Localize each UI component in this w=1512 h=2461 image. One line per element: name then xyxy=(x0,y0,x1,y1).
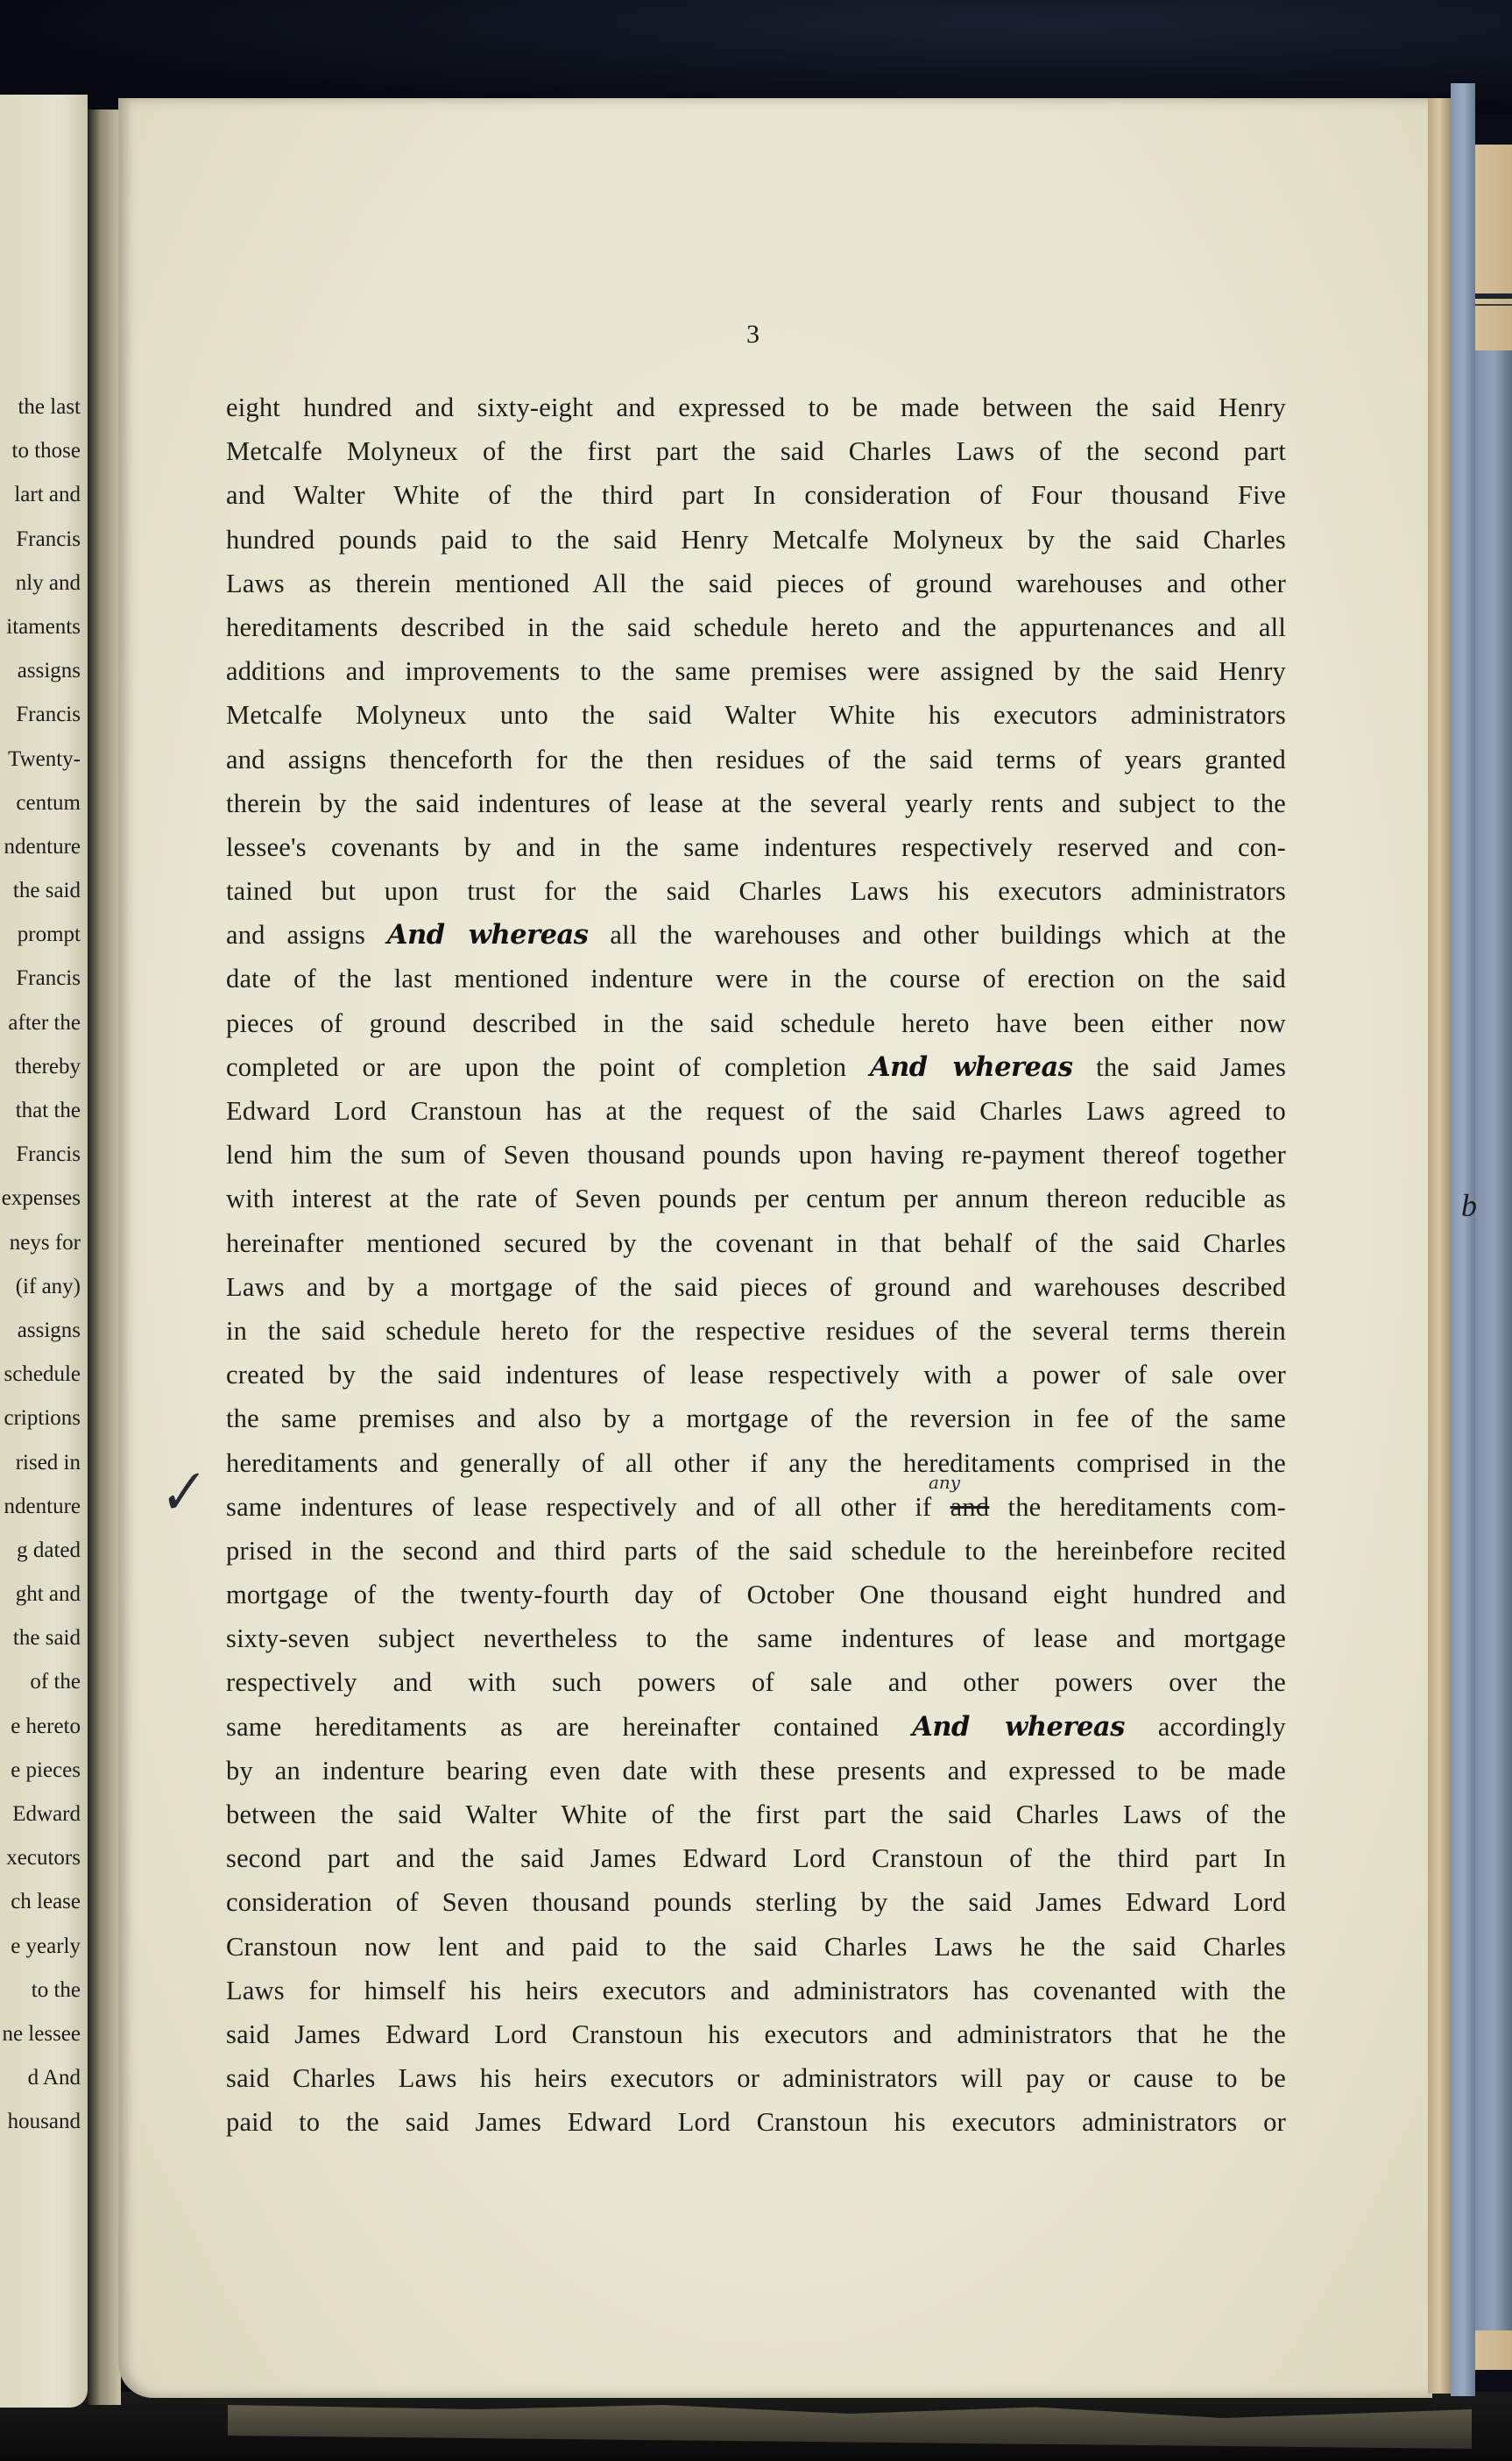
left-fragment: rised in xyxy=(0,1441,81,1485)
text-line: consideration of Seven thousand pounds s… xyxy=(226,1880,1286,1924)
left-fragment: that the xyxy=(0,1089,81,1133)
left-fragment: (if any) xyxy=(0,1265,81,1309)
blue-paper-edge-lower xyxy=(1475,350,1512,2330)
text-line: Edward Lord Cranstoun has at the request… xyxy=(226,1089,1286,1133)
text-line: Laws for himself his heirs executors and… xyxy=(226,1969,1286,2012)
text-segment: and assigns xyxy=(226,920,365,950)
left-fragment: Francis xyxy=(0,693,81,737)
left-fragment: e hereto xyxy=(0,1705,81,1749)
text-segment: the hereditaments com- xyxy=(1008,1492,1286,1522)
text-line: lend him the sum of Seven thousand pound… xyxy=(226,1133,1286,1177)
margin-pencil-mark: b xyxy=(1461,1187,1477,1224)
book-binding-top xyxy=(0,0,1512,114)
left-fragment: ne lessee xyxy=(0,2012,81,2056)
left-fragment: ndenture xyxy=(0,825,81,869)
and-whereas-recital: And whereas xyxy=(387,919,589,951)
left-fragment: nly and xyxy=(0,562,81,605)
text-line: the same premises and also by a mortgage… xyxy=(226,1397,1286,1440)
text-line: sixty-seven subject nevertheless to the … xyxy=(226,1616,1286,1660)
text-line: lessee's covenants by and in the same in… xyxy=(226,825,1286,869)
text-line: created by the said indentures of lease … xyxy=(226,1353,1286,1397)
text-line: and Walter White of the third part In co… xyxy=(226,473,1286,517)
text-line: between the said Walter White of the fir… xyxy=(226,1793,1286,1836)
left-fragment: to those xyxy=(0,429,81,473)
text-line: additions and improvements to the same p… xyxy=(226,649,1286,693)
left-fragment: to the xyxy=(0,1969,81,2012)
slip-rule-line xyxy=(1475,293,1512,299)
left-fragment: xecutors xyxy=(0,1836,81,1880)
text-segment: completed or are upon the point of compl… xyxy=(226,1052,846,1082)
left-fragment: Twenty- xyxy=(0,738,81,781)
left-fragment: ch lease xyxy=(0,1880,81,1924)
text-segment: all the warehouses and other buildings w… xyxy=(610,920,1286,950)
text-line: tained but upon trust for the said Charl… xyxy=(226,869,1286,913)
text-line-with-recital: and assigns And whereas all the warehous… xyxy=(226,913,1286,957)
left-fragment: thereby xyxy=(0,1045,81,1089)
text-line: Laws and by a mortgage of the said piece… xyxy=(226,1265,1286,1309)
left-fragment: assigns xyxy=(0,649,81,693)
left-fragment: e pieces xyxy=(0,1749,81,1793)
text-line: eight hundred and sixty-eight and expres… xyxy=(226,385,1286,429)
left-fragment: housand xyxy=(0,2100,81,2144)
text-line: therein by the said indentures of lease … xyxy=(226,781,1286,825)
text-line: paid to the said James Edward Lord Crans… xyxy=(226,2100,1286,2144)
left-fragment: ndenture xyxy=(0,1485,81,1529)
left-fragment: expenses xyxy=(0,1177,81,1220)
left-fragment: of the xyxy=(0,1660,81,1704)
text-line: pieces of ground described in the said s… xyxy=(226,1001,1286,1045)
left-fragment: Francis xyxy=(0,957,81,1001)
left-fragment: schedule xyxy=(0,1353,81,1397)
text-line-with-recital: same hereditaments as are hereinafter co… xyxy=(226,1705,1286,1749)
text-line: Metcalfe Molyneux of the first part the … xyxy=(226,429,1286,473)
page-number: 3 xyxy=(746,320,760,350)
left-fragment: the said xyxy=(0,1616,81,1660)
text-line: by an indenture bearing even date with t… xyxy=(226,1749,1286,1793)
text-line: respectively and with such powers of sal… xyxy=(226,1660,1286,1704)
document-body: eight hundred and sixty-eight and expres… xyxy=(226,385,1286,2145)
left-fragment: after the xyxy=(0,1001,81,1045)
left-fragment: assigns xyxy=(0,1309,81,1353)
and-whereas-recital: And whereas xyxy=(870,1051,1072,1083)
left-fragment: the said xyxy=(0,869,81,913)
text-line: mortgage of the twenty-fourth day of Oct… xyxy=(226,1573,1286,1616)
text-line: hereditaments and generally of all other… xyxy=(226,1441,1286,1485)
text-segment: same hereditaments as are hereinafter co… xyxy=(226,1712,879,1742)
text-line: prised in the second and third parts of … xyxy=(226,1529,1286,1573)
text-line: Cranstoun now lent and paid to the said … xyxy=(226,1925,1286,1969)
left-fragment: e yearly xyxy=(0,1925,81,1969)
text-line: in the said schedule hereto for the resp… xyxy=(226,1309,1286,1353)
left-fragment: neys for xyxy=(0,1221,81,1265)
struck-word: and xyxy=(950,1492,990,1522)
text-line-with-recital: completed or are upon the point of compl… xyxy=(226,1045,1286,1089)
text-line: with interest at the rate of Seven pound… xyxy=(226,1177,1286,1220)
left-fragment: d And xyxy=(0,2056,81,2100)
text-line: date of the last mentioned indenture wer… xyxy=(226,957,1286,1001)
text-line: said James Edward Lord Cranstoun his exe… xyxy=(226,2012,1286,2056)
text-line: hereinafter mentioned secured by the cov… xyxy=(226,1221,1286,1265)
left-fragment: g dated xyxy=(0,1529,81,1573)
left-fragment: lart and xyxy=(0,473,81,517)
text-line: hundred pounds paid to the said Henry Me… xyxy=(226,518,1286,562)
left-fragment: Edward xyxy=(0,1793,81,1836)
text-segment: same indentures of lease respectively an… xyxy=(226,1492,931,1522)
left-fragment: itaments xyxy=(0,605,81,649)
and-whereas-recital: And whereas xyxy=(912,1711,1125,1743)
text-line: second part and the said James Edward Lo… xyxy=(226,1836,1286,1880)
left-fragment: centum xyxy=(0,781,81,825)
slip-rule-line xyxy=(1475,304,1512,306)
left-fragment: Francis xyxy=(0,518,81,562)
text-line-with-correction: same indentures of lease respectively an… xyxy=(226,1485,1286,1529)
left-fragment: prompt xyxy=(0,913,81,957)
blue-paper-edge xyxy=(1451,83,1475,2396)
page-edge-stack xyxy=(1428,98,1451,2394)
text-segment: the said James xyxy=(1096,1052,1286,1082)
book-gutter xyxy=(88,110,121,2405)
left-fragment: criptions xyxy=(0,1397,81,1440)
left-page-text-fragments: the last to those lart and Francis nly a… xyxy=(0,385,81,2145)
text-line: said Charles Laws his heirs executors or… xyxy=(226,2056,1286,2100)
handwritten-insertion: any xyxy=(929,1472,960,1493)
left-fragment: ght and xyxy=(0,1573,81,1616)
text-line: Laws as therein mentioned All the said p… xyxy=(226,562,1286,605)
left-fragment: Francis xyxy=(0,1133,81,1177)
text-line: Metcalfe Molyneux unto the said Walter W… xyxy=(226,693,1286,737)
text-line: and assigns thenceforth for the then res… xyxy=(226,738,1286,781)
left-fragment: the last xyxy=(0,385,81,429)
text-line: hereditaments described in the said sche… xyxy=(226,605,1286,649)
text-segment: accordingly xyxy=(1158,1712,1286,1742)
